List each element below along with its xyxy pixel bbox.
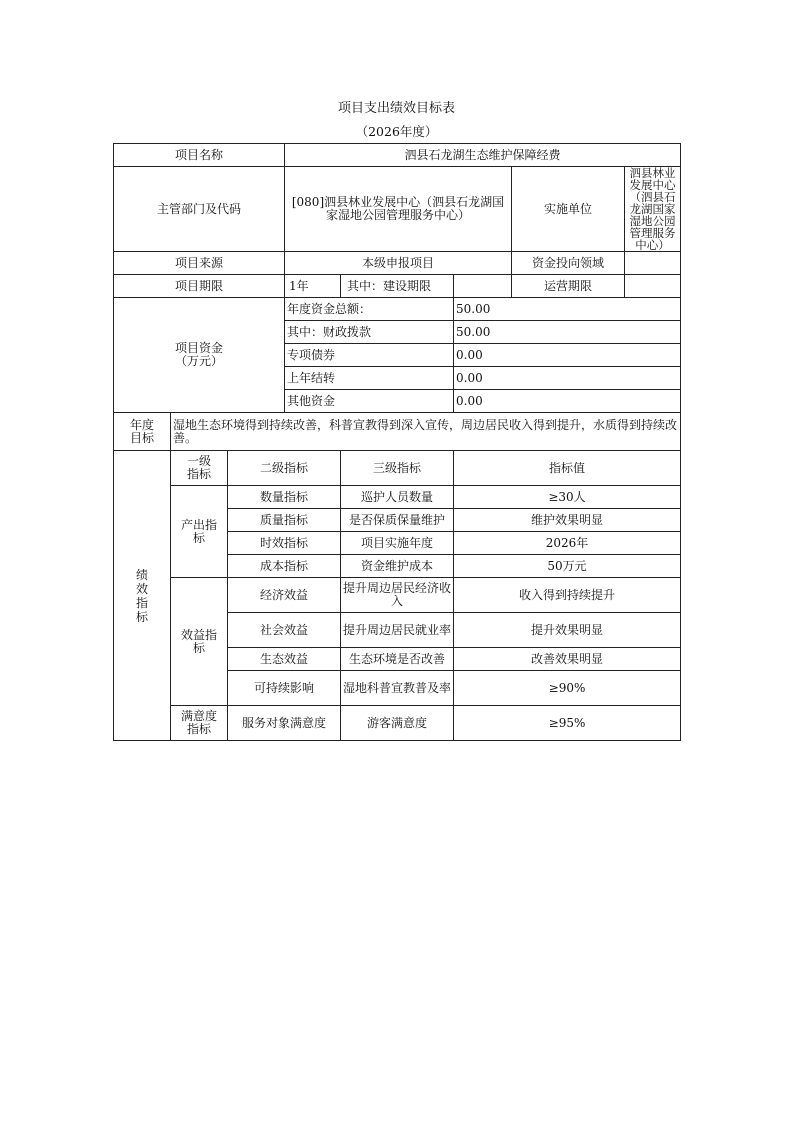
funds-item-value: 0.00 — [454, 390, 681, 413]
level1-output: 产出指标 — [171, 486, 228, 578]
project-name-label: 项目名称 — [114, 144, 285, 167]
level3: 游客满意度 — [341, 706, 454, 741]
impl-value: 泗县林业发展中心（泗县石龙湖国家湿地公园管理服务中心） — [625, 167, 681, 252]
indicator-value: 2026年 — [454, 532, 681, 555]
level1-satisfaction-text: 满意度指标 — [177, 710, 221, 736]
level3: 项目实施年度 — [341, 532, 454, 555]
funds-label: 项目资金（万元） — [114, 298, 285, 413]
level3: 是否保质保量维护 — [341, 509, 454, 532]
performance-goal-table: 项目名称 泗县石龙湖生态维护保障经费 主管部门及代码 [080]泗县林业发展中心… — [113, 143, 681, 741]
level2: 服务对象满意度 — [228, 706, 341, 741]
level3: 提升周边居民经济收入 — [341, 578, 454, 613]
header-level2: 二级指标 — [228, 451, 341, 486]
level3: 湿地科普宣教普及率 — [341, 671, 454, 706]
row-source: 项目来源 本级申报项目 资金投向领域 — [114, 252, 681, 275]
level1-benefit: 效益指标 — [171, 578, 228, 706]
indicator-header-row: 绩效指标 一级指标 二级指标 三级指标 指标值 — [114, 451, 681, 486]
annual-goal-text: 湿地生态环境得到持续改善，科普宣教得到深入宣传，周边居民收入得到提升，水质得到持… — [171, 413, 681, 451]
row-dept: 主管部门及代码 [080]泗县林业发展中心（泗县石龙湖国家湿地公园管理服务中心）… — [114, 167, 681, 252]
header-level3: 三级指标 — [341, 451, 454, 486]
document-title: 项目支出绩效目标表 — [0, 97, 793, 116]
annual-goal-label-text: 年度目标 — [128, 419, 156, 445]
level3: 生态环境是否改善 — [341, 648, 454, 671]
level2: 可持续影响 — [228, 671, 341, 706]
operate-label: 运营期限 — [512, 275, 625, 298]
dept-label: 主管部门及代码 — [114, 167, 285, 252]
indicator-section-label: 绩效指标 — [114, 451, 171, 741]
header-value: 指标值 — [454, 451, 681, 486]
indicator-section-label-text: 绩效指标 — [135, 568, 149, 624]
period-label: 项目期限 — [114, 275, 285, 298]
level3: 巡护人员数量 — [341, 486, 454, 509]
level2: 经济效益 — [228, 578, 341, 613]
document-subtitle: （2026年度） — [0, 122, 793, 140]
level2: 生态效益 — [228, 648, 341, 671]
header-level1: 一级指标 — [171, 451, 228, 486]
funds-item-label: 专项债券 — [285, 344, 454, 367]
indicator-value: 50万元 — [454, 555, 681, 578]
impl-label: 实施单位 — [512, 167, 625, 252]
row-annual-goal: 年度目标 湿地生态环境得到持续改善，科普宣教得到深入宣传，周边居民收入得到提升，… — [114, 413, 681, 451]
level2: 质量指标 — [228, 509, 341, 532]
row-period: 项目期限 1年 其中：建设期限 运营期限 — [114, 275, 681, 298]
level1-satisfaction: 满意度指标 — [171, 706, 228, 741]
operate-value — [625, 275, 681, 298]
project-name-value: 泗县石龙湖生态维护保障经费 — [285, 144, 681, 167]
funds-label-text: 项目资金（万元） — [169, 342, 229, 368]
indicator-value: 维护效果明显 — [454, 509, 681, 532]
header-level1-text: 一级指标 — [185, 455, 213, 481]
level1-benefit-text: 效益指标 — [177, 629, 221, 655]
funds-item-value: 50.00 — [454, 298, 681, 321]
funds-row: 项目资金（万元） 年度资金总额： 50.00 — [114, 298, 681, 321]
funds-item-value: 50.00 — [454, 321, 681, 344]
source-label: 项目来源 — [114, 252, 285, 275]
indicator-row: 效益指标 经济效益 提升周边居民经济收入 收入得到持续提升 — [114, 578, 681, 613]
level3: 提升周边居民就业率 — [341, 613, 454, 648]
indicator-value: ≥30人 — [454, 486, 681, 509]
dept-value: [080]泗县林业发展中心（泗县石龙湖国家湿地公园管理服务中心） — [285, 167, 512, 252]
funds-item-value: 0.00 — [454, 344, 681, 367]
direction-label: 资金投向领域 — [512, 252, 625, 275]
indicator-row: 产出指标 数量指标 巡护人员数量 ≥30人 — [114, 486, 681, 509]
period-value: 1年 — [285, 275, 341, 298]
funds-item-label: 年度资金总额： — [285, 298, 454, 321]
level2: 社会效益 — [228, 613, 341, 648]
indicator-value: 提升效果明显 — [454, 613, 681, 648]
indicator-value: 收入得到持续提升 — [454, 578, 681, 613]
annual-goal-label: 年度目标 — [114, 413, 171, 451]
funds-item-label: 上年结转 — [285, 367, 454, 390]
indicator-row: 满意度指标 服务对象满意度 游客满意度 ≥95% — [114, 706, 681, 741]
build-value — [454, 275, 512, 298]
indicator-value: ≥90% — [454, 671, 681, 706]
indicator-value: 改善效果明显 — [454, 648, 681, 671]
funds-item-value: 0.00 — [454, 367, 681, 390]
funds-item-label: 其中：财政拨款 — [285, 321, 454, 344]
build-label: 其中：建设期限 — [341, 275, 454, 298]
level3: 资金维护成本 — [341, 555, 454, 578]
direction-value — [625, 252, 681, 275]
source-value: 本级申报项目 — [285, 252, 512, 275]
level2: 数量指标 — [228, 486, 341, 509]
row-project-name: 项目名称 泗县石龙湖生态维护保障经费 — [114, 144, 681, 167]
level1-output-text: 产出指标 — [177, 519, 221, 545]
level2: 时效指标 — [228, 532, 341, 555]
funds-item-label: 其他资金 — [285, 390, 454, 413]
level2: 成本指标 — [228, 555, 341, 578]
indicator-value: ≥95% — [454, 706, 681, 741]
